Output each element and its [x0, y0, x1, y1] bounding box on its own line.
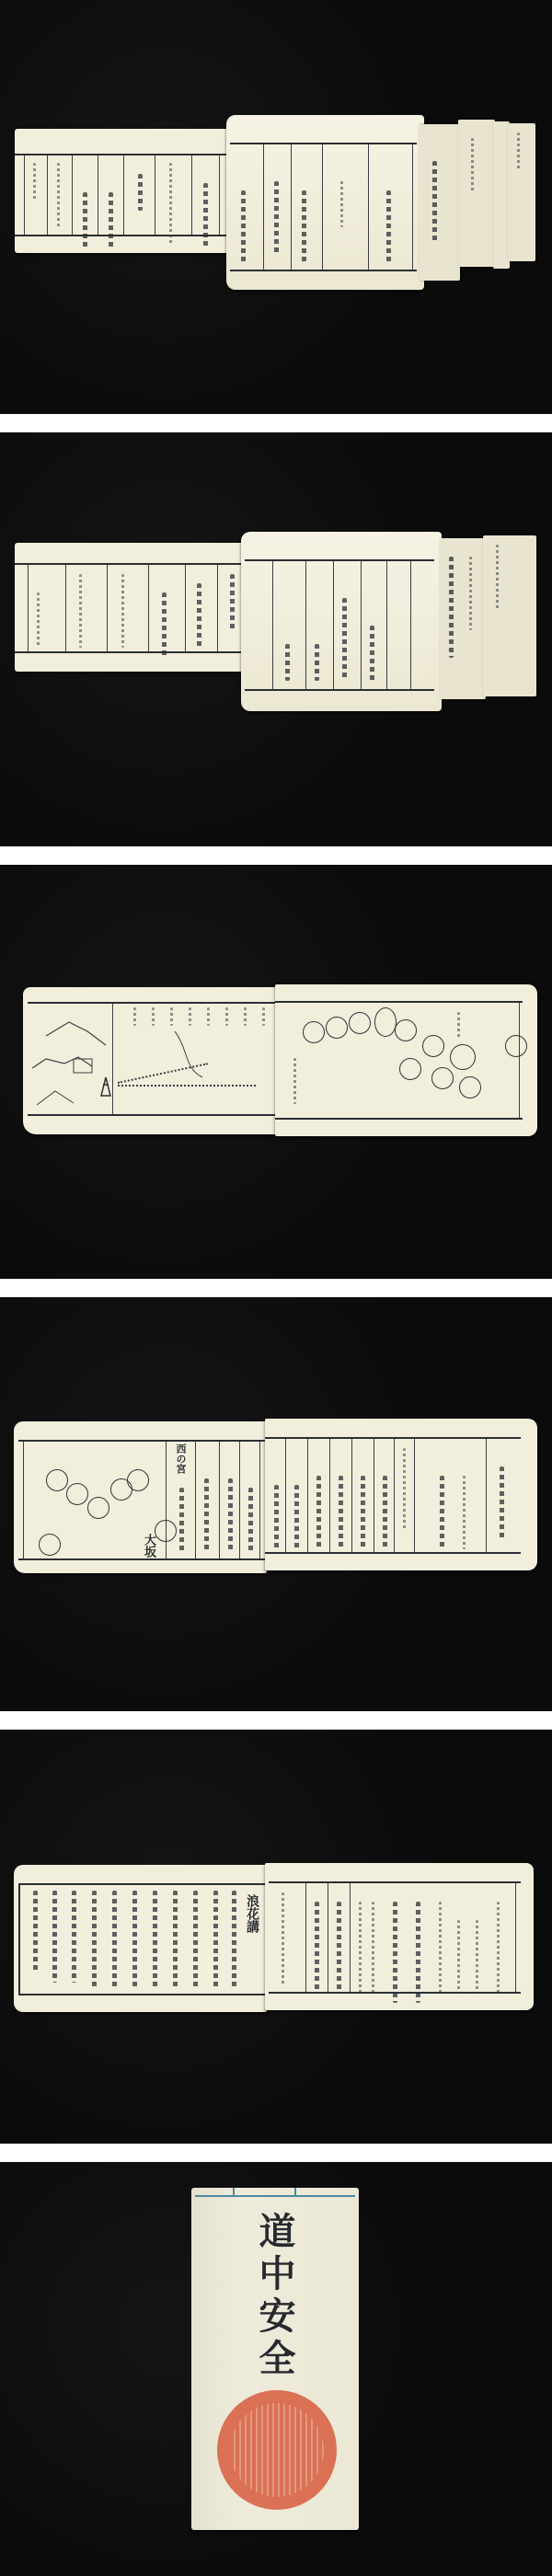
- map-frame: [28, 1002, 276, 1116]
- binding-thread: [233, 2188, 235, 2197]
- book-right-page: [265, 1863, 534, 2010]
- photo-panel-1: [0, 0, 552, 414]
- cover-title: 道中安全: [248, 2212, 301, 2381]
- place-label-osaka: 大坂: [140, 1534, 157, 1558]
- map-frame: [275, 1001, 523, 1120]
- book-left-page: 西の宮 大坂: [14, 1421, 267, 1573]
- photo-panel-3: [0, 865, 552, 1279]
- page-frame: 西の宮 大坂: [18, 1440, 267, 1560]
- photo-panel-6: 道中安全: [0, 2162, 552, 2576]
- book-page-stack: [483, 535, 536, 696]
- book-page-curled: [226, 115, 424, 290]
- page-frame: 浪花講: [18, 1883, 267, 1995]
- book-front-cover: 道中安全: [191, 2188, 359, 2530]
- book-page-curled: [241, 532, 442, 711]
- book-strip-flat: [15, 543, 245, 672]
- page-frame: [15, 154, 236, 236]
- book-page-stack: [440, 538, 486, 699]
- binding-thread: [294, 2188, 296, 2197]
- book-page-stack: [458, 120, 495, 267]
- heading-naniwako: 浪花講: [243, 1894, 261, 1933]
- page-frame: [269, 1881, 521, 1994]
- book-right-page-map: [275, 984, 537, 1136]
- red-seal-stamp: [217, 2390, 337, 2510]
- book-left-page-preface: 浪花講: [14, 1865, 267, 2012]
- book-left-page-map: [23, 987, 276, 1134]
- book-page-stack: [419, 124, 460, 281]
- page-frame: [265, 1437, 521, 1554]
- page-frame: [230, 143, 417, 271]
- photo-panel-2: [0, 432, 552, 846]
- book-page-stack: [508, 123, 535, 261]
- place-label-nishinomiya: 西の宮: [173, 1443, 188, 1474]
- book-right-page: [265, 1419, 537, 1570]
- page-frame: [15, 563, 245, 653]
- photo-panel-4: 西の宮 大坂: [0, 1297, 552, 1711]
- book-strip-flat: [15, 129, 236, 253]
- binding-thread: [195, 2195, 355, 2197]
- page-frame: [245, 559, 434, 691]
- photo-panel-5: 浪花講: [0, 1730, 552, 2144]
